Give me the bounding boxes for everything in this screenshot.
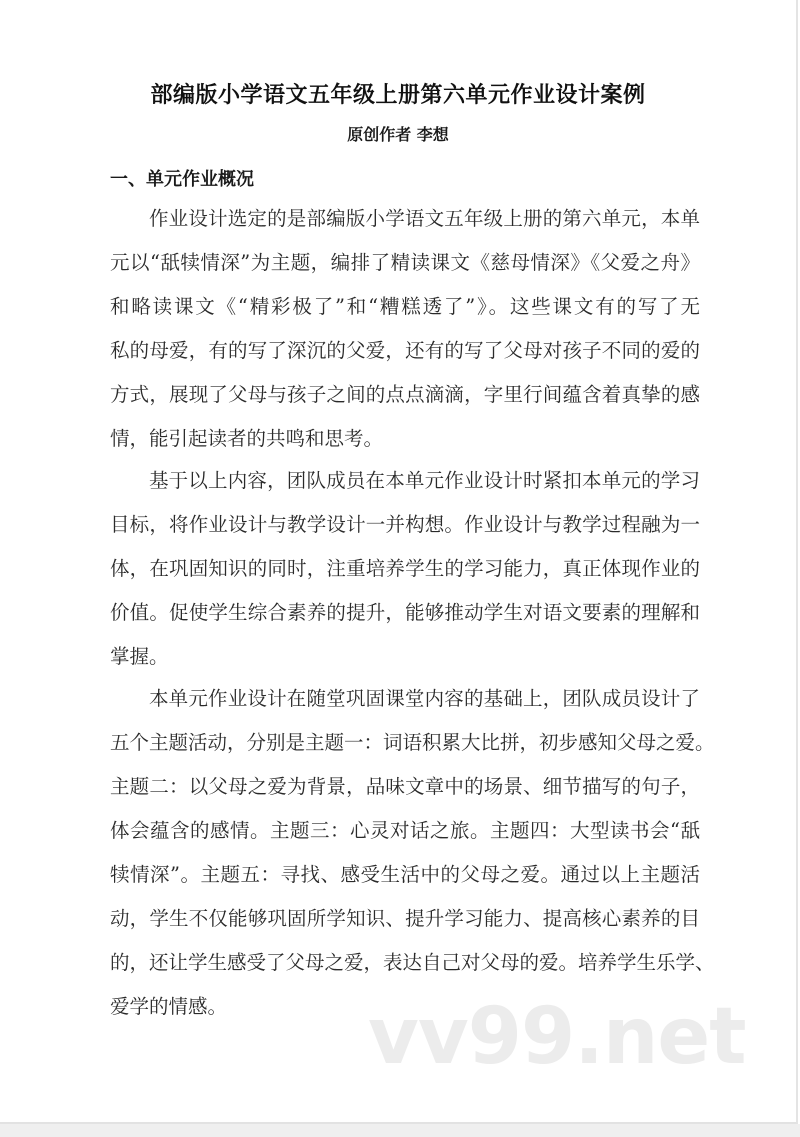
document-title: 部编版小学语文五年级上册第六单元作业设计案例 [0, 82, 796, 110]
text-line: 方式，展现了父母与孩子之间的点点滴滴，字里行间蕴含着真挚的感 [110, 373, 700, 417]
text-line: 体，在巩固知识的同时，注重培养学生的学习能力，真正体现作业的 [110, 547, 700, 591]
text-line: 体会蕴含的感情。主题三：心灵对话之旅。主题四：大型读书会“舐 [110, 809, 700, 853]
text-line: 主题二：以父母之爱为背景，品味文章中的场景、细节描写的句子， [110, 765, 700, 809]
text-line: 五个主题活动，分别是主题一：词语积累大比拼，初步感知父母之爱。 [110, 721, 700, 765]
watermark: vv99.net [368, 997, 746, 1077]
text-line: 基于以上内容，团队成员在本单元作业设计时紧扣本单元的学习 [110, 459, 700, 503]
paragraph-overview-3: 本单元作业设计在随堂巩固课堂内容的基础上，团队成员设计了 五个主题活动，分别是主… [110, 677, 700, 1029]
text-line: 目标，将作业设计与教学设计一并构想。作业设计与教学过程融为一 [110, 503, 700, 547]
text-line: 动，学生不仅能够巩固所学知识、提升学习能力、提高核心素养的目 [110, 897, 700, 941]
text-line: 的，还让学生感受了父母之爱，表达自己对父母的爱。培养学生乐学、 [110, 941, 700, 985]
text-line: 情，能引起读者的共鸣和思考。 [110, 417, 700, 461]
text-line: 价值。促使学生综合素养的提升，能够推动学生对语文要素的理解和 [110, 591, 700, 635]
document-page: 部编版小学语文五年级上册第六单元作业设计案例 原创作者 李想 一、单元作业概况 … [0, 0, 798, 1124]
paragraph-overview-2: 基于以上内容，团队成员在本单元作业设计时紧扣本单元的学习 目标，将作业设计与教学… [110, 459, 700, 679]
text-line: 私的母爱，有的写了深沉的父爱，还有的写了父母对孩子不同的爱的 [110, 329, 700, 373]
text-line: 和略读课文《“精彩极了”和“糟糕透了”》。这些课文有的写了无 [110, 285, 700, 329]
page-bottom-edge [0, 1124, 800, 1137]
text-line: 本单元作业设计在随堂巩固课堂内容的基础上，团队成员设计了 [110, 677, 700, 721]
text-line: 元以“舐犊情深”为主题，编排了精读课文《慈母情深》《父爱之舟》 [110, 241, 700, 285]
paragraph-overview-1: 作业设计选定的是部编版小学语文五年级上册的第六单元，本单 元以“舐犊情深”为主题… [110, 197, 700, 461]
document-author: 原创作者 李想 [0, 124, 796, 146]
text-line: 作业设计选定的是部编版小学语文五年级上册的第六单元，本单 [110, 197, 700, 241]
section-heading: 一、单元作业概况 [110, 168, 254, 192]
text-line: 犊情深”。主题五：寻找、感受生活中的父母之爱。通过以上主题活 [110, 853, 700, 897]
text-line: 掌握。 [110, 635, 700, 679]
